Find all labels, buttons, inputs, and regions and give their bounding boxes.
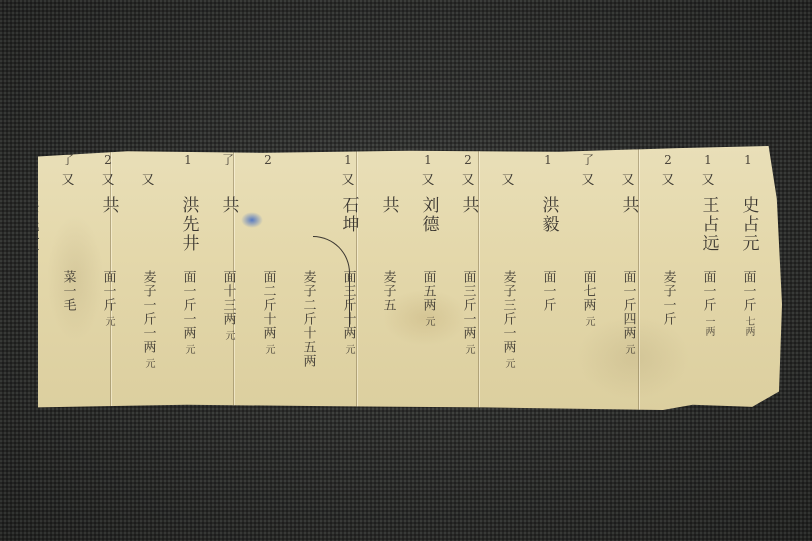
ledger-column: 1 洪先敏 面二斤 [8, 154, 48, 410]
ledger-column: 又 麦子二斤二两 元 [0, 154, 8, 410]
ditto-mark: 又 [661, 174, 674, 194]
entry-number: 2 [104, 154, 112, 172]
item-quantity: 面一斤 [742, 270, 755, 312]
ditto-mark: 又 [61, 174, 74, 194]
item-quantity: 麦子五 [382, 270, 395, 312]
item-quantity: 面一斤 [702, 270, 715, 312]
ledger-column: 1 又 刘德 面五两 元 [408, 154, 448, 410]
item-quantity: 面二斤 [22, 270, 35, 312]
entry-number: 1 [24, 154, 32, 172]
person-name: 王占远 [700, 196, 717, 256]
ledger-paper: 1 史占元 面一斤 七两 1 又 王占远 面一斤 一两 2 又 麦子一斤 又 共… [38, 146, 782, 410]
price-note: 元 [503, 358, 513, 368]
ledger-column: 麦子二斤十五两 [288, 154, 328, 410]
ledger-column: 又 麦子三斤一两 元 [488, 154, 528, 410]
ledger-column: 又 共 面一斤四两 元 [608, 154, 648, 410]
person-name: 石坤 [340, 196, 357, 256]
entry-number: 1 [544, 154, 552, 172]
person-name: 洪先敏 [20, 196, 37, 256]
ledger-column: 2 又 共 面一斤 元 [88, 154, 128, 410]
item-quantity: 面七两 [582, 270, 595, 312]
entry-number: 了 [222, 154, 234, 172]
entry-number: 2 [464, 154, 472, 172]
ditto-mark: 又 [101, 174, 114, 194]
item-quantity: 面一斤四两 [622, 270, 635, 340]
person-name: 刘德 [420, 196, 437, 256]
price-note: 元 [103, 316, 113, 326]
ditto-mark: 又 [701, 174, 714, 194]
item-quantity: 面十三两 [222, 270, 235, 326]
item-quantity: 菜一毛 [62, 270, 75, 312]
ditto-mark: 又 [461, 174, 474, 194]
ledger-column: 2 面二斤十两 元 [248, 154, 288, 410]
ditto-mark: 又 [421, 174, 434, 194]
item-quantity: 面五两 [422, 270, 435, 312]
ledger-column: 1 洪先井 面一斤一两 元 [168, 154, 208, 410]
entry-number: 2 [664, 154, 672, 172]
ledger-column: 1 又 王占远 面一斤 一两 [688, 154, 728, 410]
item-quantity: 面三斤十两 [342, 270, 355, 340]
ledger-column: 1 又 石坤 面三斤十两 元 [328, 154, 368, 410]
ditto-mark: 又 [581, 174, 594, 194]
item-quantity: 麦子一斤一两 [142, 270, 155, 354]
entry-number: 了 [582, 154, 594, 172]
item-quantity: 麦子二斤十五两 [302, 270, 315, 368]
ditto-mark: 又 [501, 174, 514, 194]
person-name: 共 [620, 196, 637, 256]
person-name: 共 [100, 196, 117, 256]
ledger-column: 了 又 面七两 元 [568, 154, 608, 410]
ledger-column: 又 麦子一斤一两 元 [128, 154, 168, 410]
person-name: 洪毅 [540, 196, 557, 256]
ledger-column: 2 又 麦子一斤 [648, 154, 688, 410]
price-note: 七两 [743, 316, 753, 336]
item-quantity: 麦子一斤 [662, 270, 675, 326]
ledger-column: 1 洪毅 面一斤 [528, 154, 568, 410]
price-note: 一两 [703, 316, 713, 336]
entry-number: 1 [744, 154, 752, 172]
item-quantity: 面一斤 [102, 270, 115, 312]
ledger-column: 了 共 面十三两 元 [208, 154, 248, 410]
ledger-columns: 1 史占元 面一斤 七两 1 又 王占远 面一斤 一两 2 又 麦子一斤 又 共… [38, 146, 782, 410]
item-quantity: 面二斤十两 [262, 270, 275, 340]
person-name: 共 [380, 196, 397, 256]
ledger-column: 2 又 共 面三斤一两 元 [448, 154, 488, 410]
person-name: 共 [220, 196, 237, 256]
person-name: 洪先井 [180, 196, 197, 256]
item-quantity: 面一斤 [542, 270, 555, 312]
entry-number: 1 [424, 154, 432, 172]
price-note: 元 [623, 344, 633, 354]
entry-number: 了 [62, 154, 74, 172]
price-note: 元 [583, 316, 593, 326]
entry-number: 1 [184, 154, 192, 172]
price-note: 元 [223, 330, 233, 340]
price-note: 元 [263, 344, 273, 354]
price-note: 元 [143, 358, 153, 368]
ledger-column: 了 又 菜一毛 [48, 154, 88, 410]
price-note: 元 [463, 344, 473, 354]
entry-number: 2 [264, 154, 272, 172]
entry-number: 1 [344, 154, 352, 172]
ledger-column: 1 史占元 面一斤 七两 [728, 154, 768, 410]
price-note: 元 [343, 344, 353, 354]
ditto-mark: 又 [341, 174, 354, 194]
ledger-column: 共 麦子五 [368, 154, 408, 410]
entry-number: 1 [704, 154, 712, 172]
person-name: 史占元 [740, 196, 757, 256]
ditto-mark: 又 [141, 174, 154, 194]
ditto-mark: 又 [621, 174, 634, 194]
item-quantity: 面三斤一两 [462, 270, 475, 340]
person-name: 共 [460, 196, 477, 256]
price-note: 元 [183, 344, 193, 354]
price-note: 元 [423, 316, 433, 326]
item-quantity: 面一斤一两 [182, 270, 195, 340]
item-quantity: 麦子三斤一两 [502, 270, 515, 354]
